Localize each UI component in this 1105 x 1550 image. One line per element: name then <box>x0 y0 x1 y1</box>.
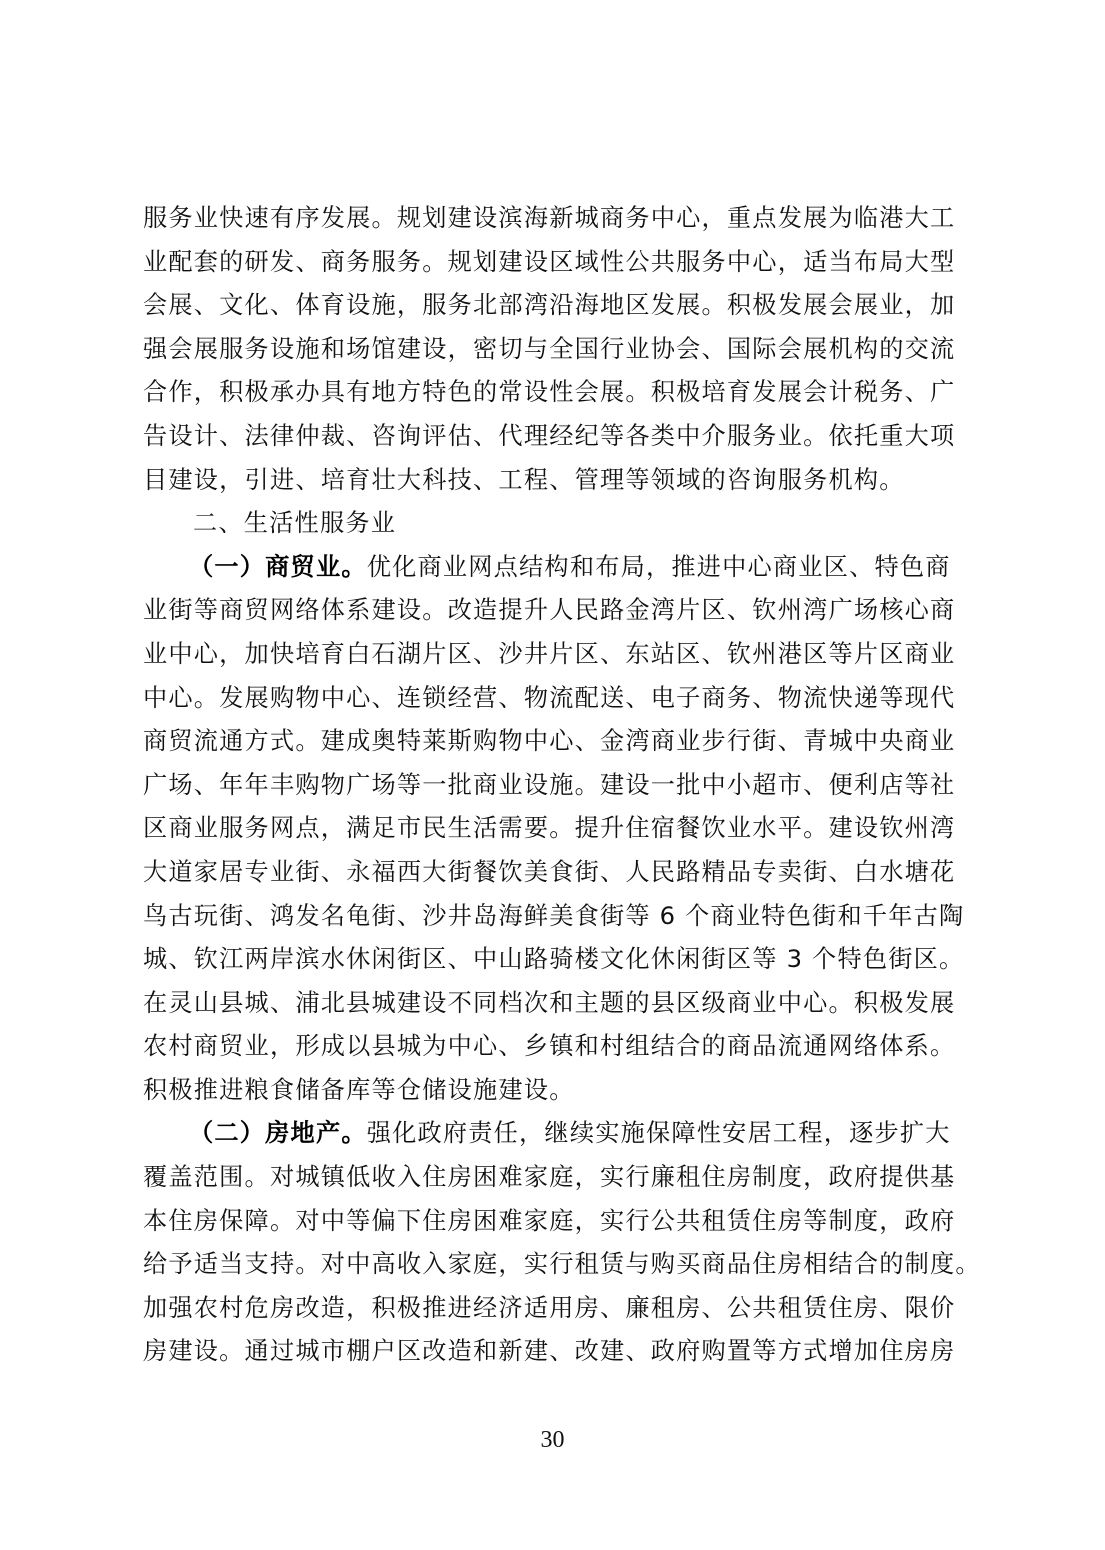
paragraph-line: 鸟古玩街、鸿发名龟街、沙井岛海鲜美食街等 6 个商业特色街和千年古陶 <box>143 895 963 939</box>
paragraph-line: 积极推进粮食储备库等仓储设施建设。 <box>143 1069 963 1113</box>
paragraph-line: 服务业快速有序发展。规划建设滨海新城商务中心，重点发展为临港大工 <box>143 197 963 241</box>
paragraph-line: 在灵山县城、浦北县城建设不同档次和主题的县区级商业中心。积极发展 <box>143 982 963 1026</box>
paragraph-line: 合作，积极承办具有地方特色的常设性会展。积极培育发展会计税务、广 <box>143 371 963 415</box>
paragraph-line: 给予适当支持。对中高收入家庭，实行租赁与购买商品住房相结合的制度。 <box>143 1243 963 1287</box>
paragraph-line: 会展、文化、体育设施，服务北部湾沿海地区发展。积极发展会展业，加 <box>143 284 963 328</box>
section-heading: 二、生活性服务业 <box>143 502 963 546</box>
subsection-text: 强化政府责任，继续实施保障性安居工程，逐步扩大 <box>367 1119 951 1147</box>
paragraph-line: 强会展服务设施和场馆建设，密切与全国行业协会、国际会展机构的交流 <box>143 328 963 372</box>
subsection-first-line: （二）房地产。强化政府责任，继续实施保障性安居工程，逐步扩大 <box>143 1112 963 1156</box>
subsection-heading: （一）商贸业。 <box>189 553 367 581</box>
paragraph-line: 业街等商贸网络体系建设。改造提升人民路金湾片区、钦州湾广场核心商 <box>143 589 963 633</box>
page-number: 30 <box>0 1427 1105 1454</box>
paragraph-line: 告设计、法律仲裁、咨询评估、代理经纪等各类中介服务业。依托重大项 <box>143 415 963 459</box>
paragraph-line: 农村商贸业，形成以县城为中心、乡镇和村组结合的商品流通网络体系。 <box>143 1025 963 1069</box>
paragraph-line: 业中心，加快培育白石湖片区、沙井片区、东站区、钦州港区等片区商业 <box>143 633 963 677</box>
body-text: 服务业快速有序发展。规划建设滨海新城商务中心，重点发展为临港大工 业配套的研发、… <box>143 197 963 1374</box>
paragraph-line: 业配套的研发、商务服务。规划建设区域性公共服务中心，适当布局大型 <box>143 241 963 285</box>
paragraph-line: 商贸流通方式。建成奥特莱斯购物中心、金湾商业步行街、青城中央商业 <box>143 720 963 764</box>
paragraph-line: 房建设。通过城市棚户区改造和新建、改建、政府购置等方式增加住房房 <box>143 1330 963 1374</box>
paragraph-line: 广场、年年丰购物广场等一批商业设施。建设一批中小超市、便利店等社 <box>143 764 963 808</box>
document-page: 服务业快速有序发展。规划建设滨海新城商务中心，重点发展为临港大工 业配套的研发、… <box>0 0 1105 1550</box>
paragraph-line: 区商业服务网点，满足市民生活需要。提升住宿餐饮业水平。建设钦州湾 <box>143 807 963 851</box>
paragraph-line: 城、钦江两岸滨水休闲街区、中山路骑楼文化休闲街区等 3 个特色街区。 <box>143 938 963 982</box>
subsection-first-line: （一）商贸业。优化商业网点结构和布局，推进中心商业区、特色商 <box>143 546 963 590</box>
paragraph-line: 本住房保障。对中等偏下住房困难家庭，实行公共租赁住房等制度，政府 <box>143 1200 963 1244</box>
subsection-text: 优化商业网点结构和布局，推进中心商业区、特色商 <box>367 553 951 581</box>
subsection-heading: （二）房地产。 <box>189 1119 367 1147</box>
paragraph-line: 中心。发展购物中心、连锁经营、物流配送、电子商务、物流快递等现代 <box>143 677 963 721</box>
paragraph-line: 覆盖范围。对城镇低收入住房困难家庭，实行廉租住房制度，政府提供基 <box>143 1156 963 1200</box>
paragraph-line: 目建设，引进、培育壮大科技、工程、管理等领域的咨询服务机构。 <box>143 459 963 503</box>
paragraph-line: 加强农村危房改造，积极推进经济适用房、廉租房、公共租赁住房、限价 <box>143 1287 963 1331</box>
paragraph-line: 大道家居专业街、永福西大街餐饮美食街、人民路精品专卖街、白水塘花 <box>143 851 963 895</box>
